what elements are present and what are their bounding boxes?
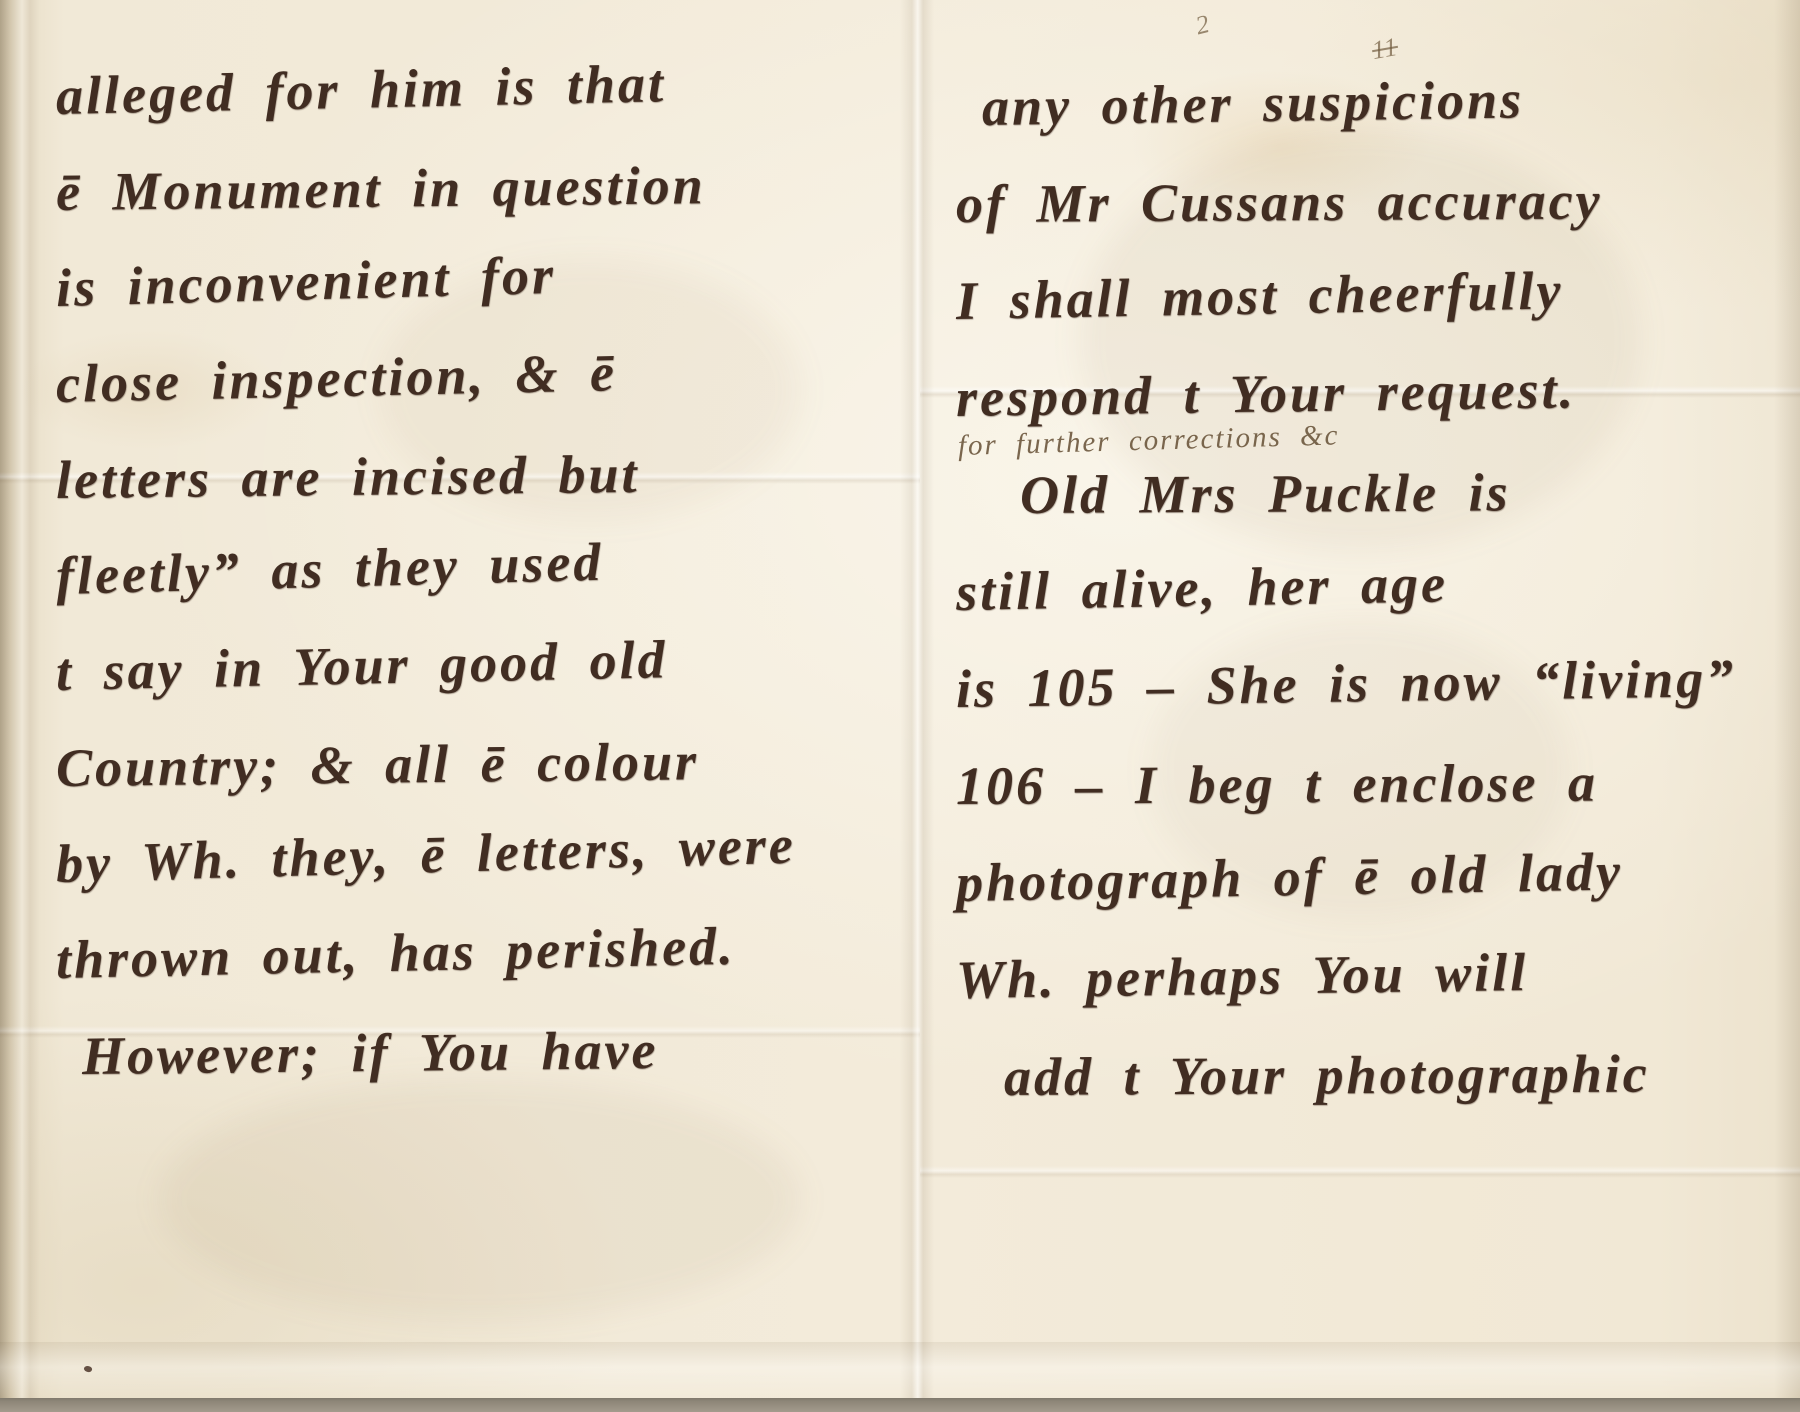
handwriting-line: Wh. perhaps You will: [955, 918, 1800, 1028]
handwriting-line: still alive, her age: [955, 527, 1800, 640]
handwriting-line: photograph of ē old lady: [955, 818, 1800, 931]
handwriting-line: any other suspicions: [981, 46, 1800, 155]
handwriting-line: I shall most cheerfully: [955, 236, 1800, 349]
handwriting-line: is 105 – She is now “living”: [955, 627, 1800, 737]
handwriting-line: thrown out, has perished.: [55, 893, 943, 1008]
pencil-mark: 2: [1193, 9, 1214, 41]
paper-edge-left: [0, 0, 40, 1398]
handwriting-line: t say in Your good old: [55, 605, 943, 720]
handwriting-line: 106 – I beg t enclose a: [956, 732, 1800, 834]
letter-sheet: 2 11 alleged for him is that ē Monument …: [0, 0, 1800, 1398]
letter-page-right: any other suspicions of Mr Cussans accur…: [956, 58, 1800, 1218]
handwriting-line: alleged for him is that: [55, 29, 943, 144]
paper-bottom-fold: [0, 1342, 1800, 1398]
handwriting-line: However; if You have: [81, 999, 942, 1104]
handwriting-line: close inspection, & ē: [55, 317, 943, 432]
handwriting-line: add t Your photographic: [1004, 1024, 1800, 1125]
handwriting-line: of Mr Cussans accuracy: [956, 150, 1800, 252]
letter-page-left: alleged for him is that ē Monument in qu…: [56, 48, 942, 1168]
